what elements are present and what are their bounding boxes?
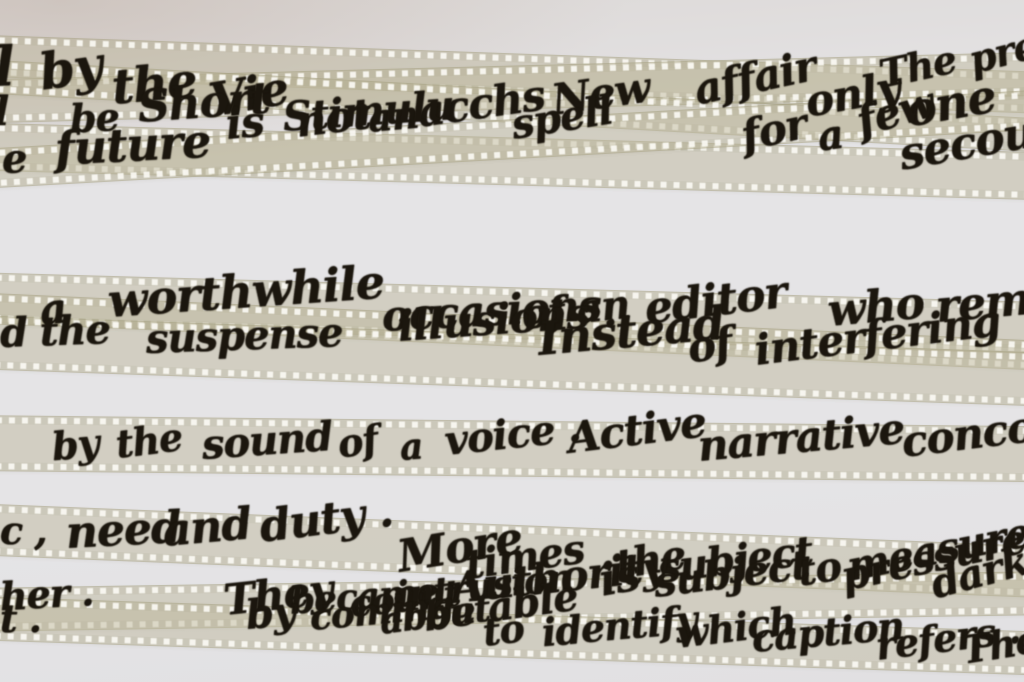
- handwritten-word: is: [224, 101, 265, 146]
- handwritten-word: is: [596, 553, 643, 603]
- photo-film-strips-handwriting: lbytheVieNewaffaironlyTheprelbeShortisno…: [0, 0, 1024, 682]
- handwritten-word: future: [54, 118, 212, 172]
- handwritten-word: to: [481, 609, 526, 652]
- handwritten-word: e: [1, 139, 27, 180]
- handwritten-word: a: [815, 115, 845, 158]
- handwritten-word: l: [0, 92, 8, 132]
- handwritten-word: of: [335, 420, 380, 464]
- handwritten-word: of: [685, 321, 735, 369]
- handwritten-word: by: [50, 424, 100, 466]
- handwritten-word: t .: [0, 600, 41, 638]
- handwritten-word: the: [114, 418, 184, 464]
- handwritten-word: and: [161, 502, 253, 554]
- handwritten-word: for: [738, 103, 811, 158]
- handwritten-word: sound: [201, 417, 334, 466]
- handwritten-word: c ,: [0, 512, 47, 550]
- handwritten-word: Stimulu: [282, 86, 456, 138]
- handwritten-word: l: [0, 39, 14, 94]
- handwritten-word: a: [399, 428, 424, 465]
- sprocket-holes: [0, 361, 1024, 405]
- handwritten-word: concocti: [899, 399, 1024, 464]
- handwritten-word: d the: [0, 310, 111, 354]
- handwritten-word: suspense: [145, 313, 343, 360]
- handwritten-word: by: [244, 592, 297, 636]
- handwritten-word: by: [37, 40, 105, 98]
